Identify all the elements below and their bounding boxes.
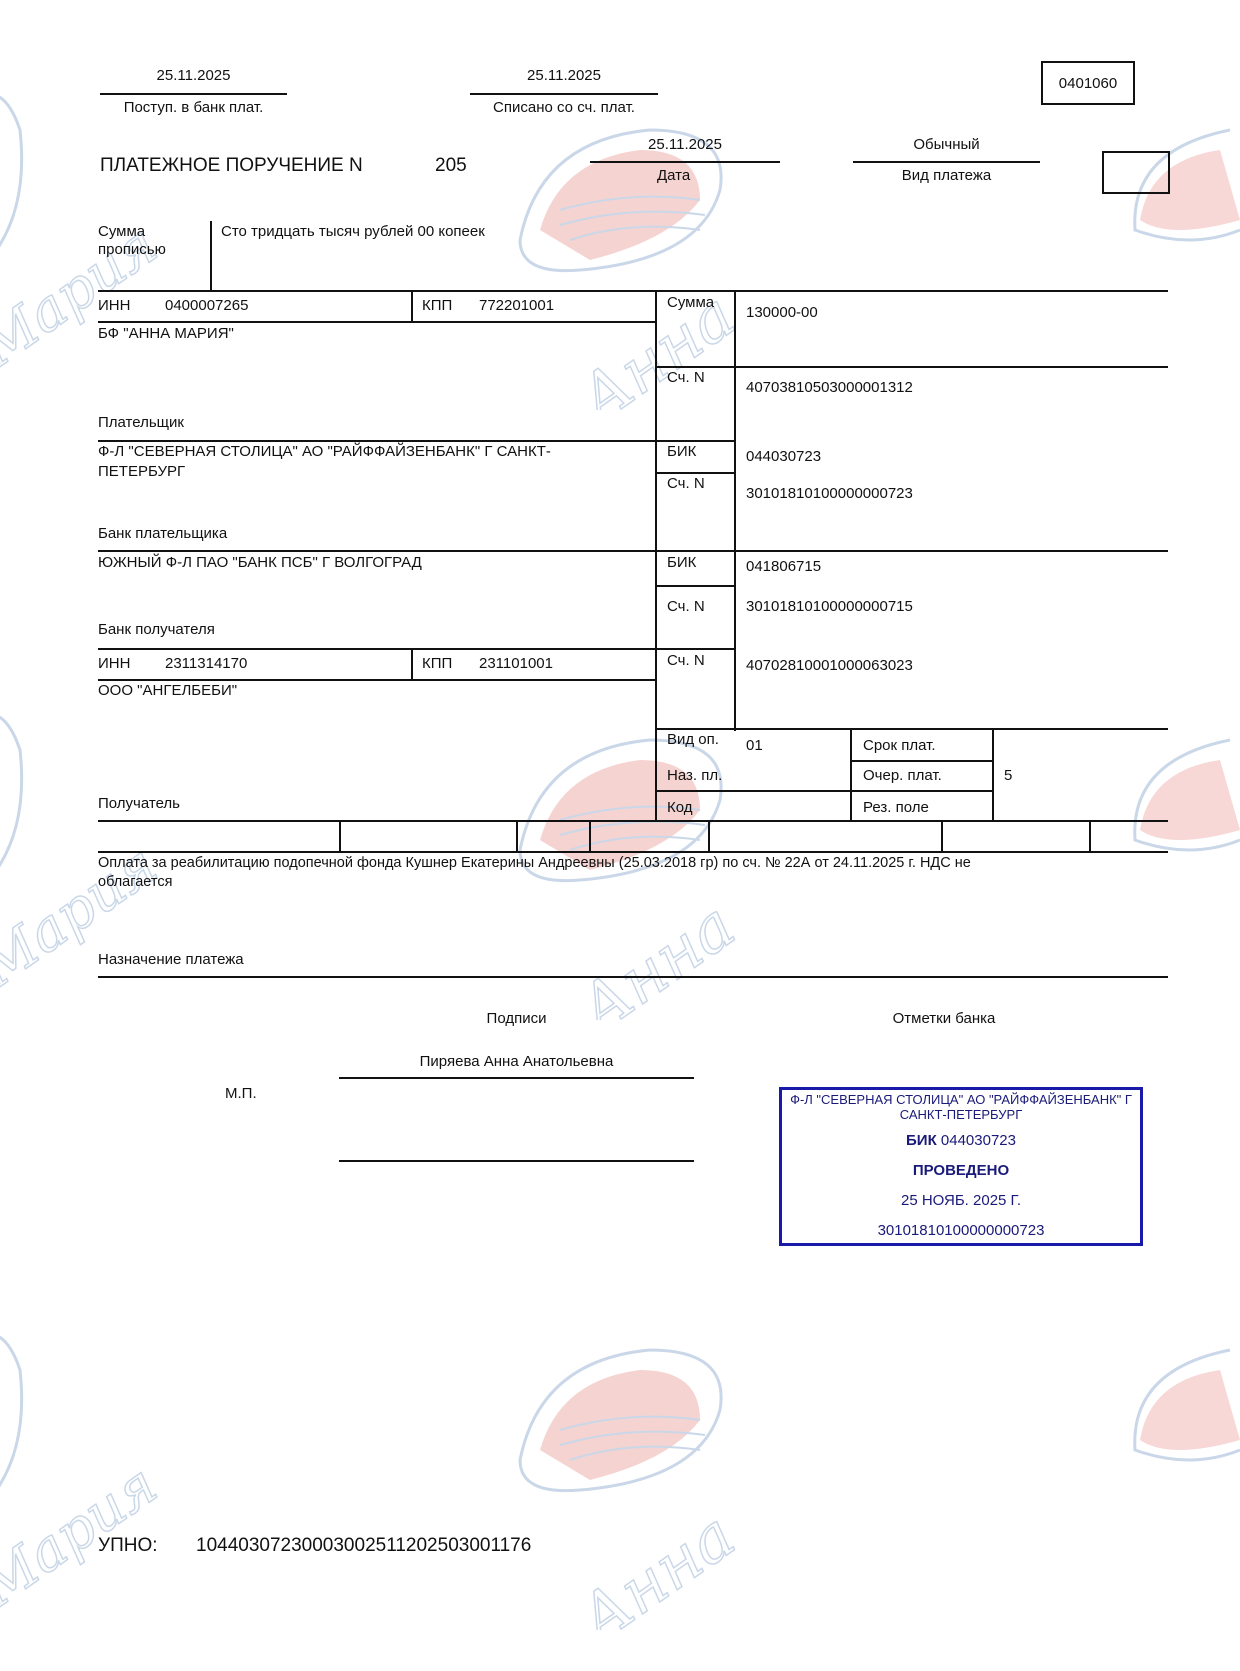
payer-bank-name-1: Ф-Л "СЕВЕРНАЯ СТОЛИЦА" АО "РАЙФФАЙЗЕНБАН… [98, 443, 551, 460]
amount-words-label-2: прописью [98, 241, 166, 258]
priority-label: Очер. плат. [863, 767, 942, 784]
received-label: Поступ. в банк плат. [100, 99, 287, 116]
purpose-code-label: Наз. пл. [667, 767, 722, 784]
seal-label: М.П. [225, 1085, 257, 1102]
debited-date: 25.11.2025 [470, 67, 658, 84]
code-label: Код [667, 799, 693, 816]
divider [339, 821, 341, 851]
payee-bank-name: ЮЖНЫЙ Ф-Л ПАО "БАНК ПСБ" Г ВОЛГОГРАД [98, 554, 422, 571]
op-type-label: Вид оп. [667, 731, 719, 748]
payer-inn-label: ИНН [98, 297, 130, 314]
reserve-label: Рез. поле [863, 799, 929, 816]
divider [470, 93, 658, 95]
payer-bank-role-label: Банк плательщика [98, 525, 227, 542]
date-label: Дата [657, 167, 690, 184]
page-title: ПЛАТЕЖНОЕ ПОРУЧЕНИЕ N [100, 155, 363, 177]
divider [656, 585, 735, 587]
signatures-label: Подписи [339, 1010, 694, 1027]
divider [941, 821, 943, 851]
priority: 5 [1004, 767, 1012, 784]
amount-label: Сумма [667, 294, 714, 311]
stamp-bank-name-2: САНКТ-ПЕТЕРБУРГ [782, 1107, 1140, 1122]
divider [98, 679, 656, 681]
payee-bank-account: 30101810100000000715 [746, 598, 913, 615]
payer-bank-account: 30101810100000000723 [746, 485, 913, 502]
divider [656, 366, 1168, 368]
stamp-bik: 044030723 [941, 1132, 1016, 1149]
payment-type-label: Вид платежа [853, 167, 1040, 184]
payee-kpp-label: КПП [422, 655, 452, 672]
svg-text:Анна: Анна [563, 889, 749, 1020]
payee-bank-bik-label: БИК [667, 554, 696, 571]
watermark-logo-icon [1130, 700, 1240, 1000]
signature-line [339, 1077, 694, 1079]
divider [850, 760, 993, 762]
divider [98, 550, 1168, 552]
payer-kpp: 772201001 [479, 297, 554, 314]
payer-bank-name-2: ПЕТЕРБУРГ [98, 463, 185, 480]
payer-bank-bik-label: БИК [667, 443, 696, 460]
due-label: Срок плат. [863, 737, 936, 754]
payee-account-label: Сч. N [667, 652, 705, 669]
divider [411, 291, 413, 322]
payee-bank-bik: 041806715 [746, 558, 821, 575]
purpose-label: Назначение платежа [98, 951, 244, 968]
payee-bank-role-label: Банк получателя [98, 621, 215, 638]
divider [708, 821, 710, 851]
payee-role-label: Получатель [98, 795, 180, 812]
bank-marks-label: Отметки банка [844, 1010, 1044, 1027]
divider [1089, 821, 1091, 851]
payee-account: 40702810001000063023 [746, 657, 913, 674]
payer-inn: 0400007265 [165, 297, 248, 314]
payer-bank-account-label: Сч. N [667, 475, 705, 492]
divider [98, 851, 1168, 853]
divider [100, 93, 287, 95]
divider [411, 649, 413, 680]
upno-label: УПНО: [98, 1535, 158, 1557]
divider [992, 729, 994, 821]
payer-account: 40703810503000001312 [746, 379, 913, 396]
payee-kpp: 231101001 [479, 655, 553, 672]
amount-words-label-1: Сумма [98, 223, 145, 240]
purpose-text-1: Оплата за реабилитацию подопечной фонда … [98, 855, 971, 872]
divider [656, 728, 1168, 730]
purpose-text-2: облагается [98, 874, 172, 891]
op-type: 01 [746, 737, 763, 754]
divider [656, 472, 735, 474]
payer-role-label: Плательщик [98, 414, 184, 431]
form-code: 0401060 [1059, 75, 1117, 92]
divider [516, 821, 518, 851]
stamp-date: 25 НОЯБ. 2025 Г. [782, 1192, 1140, 1209]
divider [734, 291, 736, 731]
payer-kpp-label: КПП [422, 297, 452, 314]
divider [850, 729, 852, 821]
stamp-bank-name-1: Ф-Л "СЕВЕРНАЯ СТОЛИЦА" АО "РАЙФФАЙЗЕНБАН… [782, 1092, 1140, 1107]
amount-value: 130000-00 [746, 304, 818, 321]
divider [98, 976, 1168, 978]
divider [98, 648, 735, 650]
watermark-logo-icon: Мария [0, 690, 160, 990]
stamp-account: 30101810100000000723 [782, 1222, 1140, 1239]
empty-code-box [1102, 151, 1170, 194]
stamp-status: ПРОВЕДЕНО [782, 1162, 1140, 1179]
payee-name: ООО "АНГЕЛБЕБИ" [98, 682, 237, 699]
payer-bank-bik: 044030723 [746, 448, 821, 465]
payee-inn-label: ИНН [98, 655, 130, 672]
amount-words: Сто тридцать тысяч рублей 00 копеек [221, 223, 485, 240]
svg-text:Анна: Анна [563, 1499, 749, 1630]
stamp-bik-label: БИК [906, 1132, 937, 1149]
divider [210, 221, 212, 291]
watermark-logo-icon [1130, 90, 1240, 390]
bank-stamp: Ф-Л "СЕВЕРНАЯ СТОЛИЦА" АО "РАЙФФАЙЗЕНБАН… [779, 1087, 1143, 1246]
divider [98, 321, 656, 323]
payer-account-label: Сч. N [667, 369, 705, 386]
divider [98, 290, 1168, 292]
svg-text:Мария: Мария [0, 1452, 160, 1610]
divider [589, 821, 591, 851]
payee-bank-account-label: Сч. N [667, 598, 705, 615]
received-date: 25.11.2025 [100, 67, 287, 84]
divider [98, 440, 735, 442]
payment-type: Обычный [853, 136, 1040, 153]
upno-value: 10440307230003002511202503001176 [196, 1535, 531, 1557]
payer-name: БФ "АННА МАРИЯ" [98, 325, 234, 342]
watermark-logo-icon: Анна [500, 80, 800, 410]
payee-inn: 2311314170 [165, 655, 247, 672]
divider [656, 790, 993, 792]
divider [98, 820, 1168, 822]
signature-line [339, 1160, 694, 1162]
order-number: 205 [435, 155, 467, 177]
divider [853, 161, 1040, 163]
divider [590, 161, 780, 163]
signer-name: Пиряева Анна Анатольевна [339, 1053, 694, 1070]
divider [655, 291, 657, 821]
order-date: 25.11.2025 [590, 136, 780, 153]
debited-label: Списано со сч. плат. [470, 99, 658, 116]
watermark-logo-icon: Мария [0, 1310, 160, 1610]
watermark-logo-icon: Анна [500, 1300, 800, 1630]
form-code-box: 0401060 [1041, 61, 1135, 105]
watermark-logo-icon [1130, 1310, 1240, 1610]
